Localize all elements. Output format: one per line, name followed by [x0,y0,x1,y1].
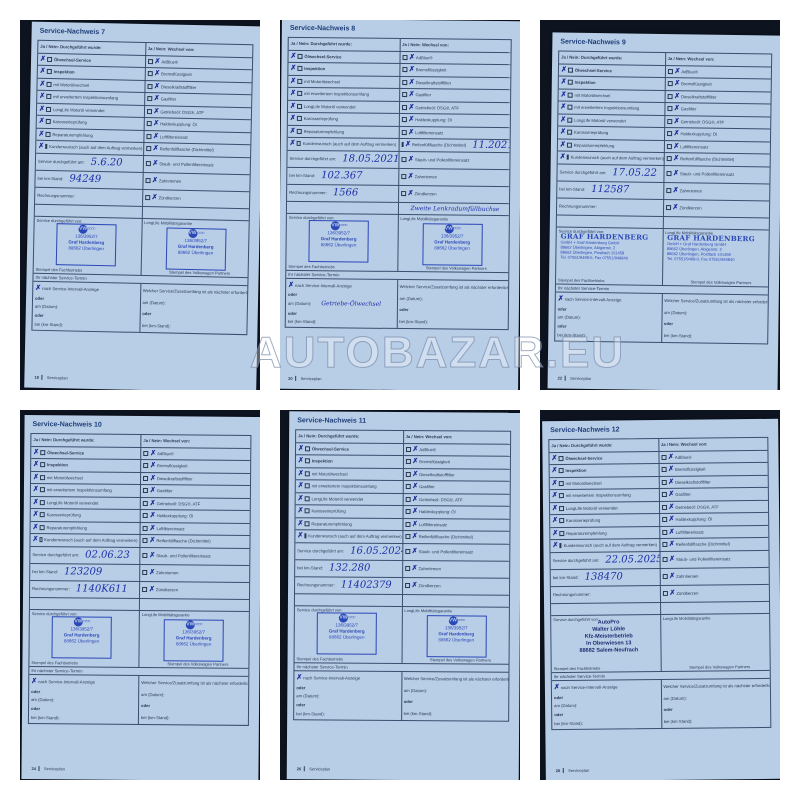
left-cell: ✗Reparaturempfehlung [31,522,141,534]
workshop-stamp-cell: Service durchgeführt von:AutoProWalter L… [551,615,661,672]
right-cell: ✗AdBlue® [665,65,771,78]
check-mark-icon: ✗ [412,496,418,503]
page-footer: 28Serviceplan [556,768,589,773]
left-cell: ✗Reparaturempfehlung [295,518,403,530]
date-label: am (Datum): [404,688,427,693]
check-mark-icon: ✗ [405,141,411,148]
or-label: oder [404,699,413,704]
change-item-label: Luftfiltereinsatz [156,526,184,531]
service-item-label: Reparaturempfehlung [566,530,607,535]
change-item-label: Getriebeöl: DSG®, ATF [419,497,463,502]
checkbox-icon [297,91,302,96]
change-item-label: Staub- und Pollenfiltereinsatz [680,171,735,177]
check-mark-icon: ✗ [149,537,155,544]
left-header: Ja / Nein: Durchgeführt wurde: [296,430,404,442]
left-cell: ✗mit erweitertem Inspektionsumfang [288,88,400,101]
stamp-line: Tel. 07551/9498-0, Fax 07551/949840 [667,256,755,262]
stamp-label: Stempel des Volkswagen Partners [430,657,491,662]
checkbox-icon [567,105,572,110]
left-cell: ✗mit Motorölwechsel [550,477,660,490]
checkbox-icon [405,459,410,464]
right-cell: ✗Staub- und Pollenfiltereinsatz [660,550,769,567]
change-item-label: AdBlue® [681,69,698,74]
right-cell: ✗Staub- und Pollenfiltereinsatz [664,165,770,182]
left-cell: ✗Kundenwunsch (auch auf dem Auftrag verm… [36,141,144,155]
left-header: Ja / Nein: Durchgeführt wurde: [559,52,666,65]
checkbox-icon [146,146,151,151]
service-item-label: Karosserieprüfung [47,512,81,517]
next-right: Welcher Service/Zusatzumfang ist als näc… [397,280,508,329]
page-footer: 18Serviceplan [34,375,67,381]
date-label: am (Datum): [288,301,311,306]
check-mark-icon: ✗ [669,529,675,536]
left-cell: bei km-Stand:94249 [35,170,143,188]
cell-label: LongLife Mobilitätsgarantie [404,608,507,614]
date-label: am (Datum): [31,698,54,703]
check-mark-icon: ✗ [668,466,674,473]
stamp-label: Stempel des Volkswagen Partners [689,664,750,670]
cell-label: LongLife Mobilitätsgarantie [142,612,247,618]
stamp-city: 88662 Überlingen [427,637,485,643]
left-cell [295,594,403,606]
checkbox-icon [305,484,310,489]
change-item-label: Dieselkraftstofffilter [157,476,192,481]
check-mark-icon: ✗ [33,461,39,468]
right-cell: ✗Staub- und Pollenfiltereinsatz [399,151,510,168]
change-item-label: Haldexkupplung: Öl [160,122,197,128]
check-mark-icon: ✗ [669,516,675,523]
date-label: am (Datum): [296,694,319,699]
left-cell: ✗LongLife Motoröl verwendet [31,497,141,509]
next-service-body: ✗nach Service-Intervall-Anzeigeoderam (D… [29,675,248,725]
checkbox-icon [667,106,672,111]
check-mark-icon: ✗ [290,128,296,135]
km-label: bei (km-Stand): [404,711,433,716]
check-mark-icon: ✗ [674,80,680,87]
checkbox-icon [146,109,151,114]
right-cell: ✗Dieselkraftstofffilter [659,475,768,488]
checkbox-icon [45,132,50,137]
change-item-label: Getriebeöl: DSG®, ATF [675,504,719,509]
handwritten-km: 138470 [585,571,623,582]
stamp-city: 88662 Überlingen [310,242,368,249]
check-mark-icon: ✗ [674,105,680,112]
checkbox-icon [405,549,410,554]
check-mark-icon: ✗ [298,495,304,502]
check-mark-icon: ✗ [33,524,39,531]
next-left: ✗nach Service-Intervall-Anzeigeoderam (D… [32,282,140,332]
left-cell: ✗mit Motorölwechsel [296,468,404,480]
stamp-city: 88662 Überlingen [423,245,481,252]
check-mark-icon: ✗ [668,479,674,486]
right-cell: ✗Bremsflüssigkeit [141,460,250,472]
check-mark-icon: ✗ [33,499,39,506]
left-cell: bei km-Stand:138470 [551,569,661,586]
right-cell: ✗Reifenfüllflasche (Dichtmittel) [140,535,249,547]
change-item-label: Luftfiltereinsatz [680,144,708,149]
stamp-label: Stempel des Fachbetriebs [36,267,83,273]
or-label: oder [664,321,673,326]
check-mark-icon: ✗ [298,445,304,452]
change-item-label: Zahnriemen [680,188,702,193]
vw-logo-icon: VW [444,224,453,233]
check-mark-icon: ✗ [409,91,415,98]
right-cell: ✗Getriebeöl: DSG®, ATF [399,101,510,114]
checkbox-icon [147,71,152,76]
check-mark-icon: ✗ [31,678,37,685]
left-cell: ✗Inspektion [550,464,660,477]
check-mark-icon: ✗ [409,54,415,61]
checkbox-icon [40,512,45,517]
service-page-photo: Service-Nachweis 10Ja / Nein: Durchgefüh… [20,410,260,780]
check-mark-icon: ✗ [673,170,679,177]
check-mark-icon: ✗ [412,565,418,572]
date-label: am (Datum): [141,692,164,697]
service-item-label: Ölwechsel-Service [575,67,612,73]
km-label: bei (km-Stand): [31,715,60,720]
interval-option: ✗nach Service-Intervall-Anzeige [558,295,622,303]
check-mark-icon: ✗ [298,508,304,515]
checkbox-icon [667,131,672,136]
stamp-label: Stempel des Volkswagen Partners [690,279,751,285]
right-header: Ja / Nein: Wechsel von: [404,431,511,443]
checkbox-icon [662,505,667,510]
service-item-label: Inspektion [575,80,596,85]
field-label: Service durchgeführt am: [38,159,85,165]
check-mark-icon: ✗ [40,68,46,75]
service-item-label: mit Motorölwechsel [47,475,83,480]
field-label: Service durchgeführt am: [289,156,336,161]
change-item-label: Getriebeöl: DSG®, ATF [157,501,201,506]
next-right: Welcher Service/Zusatzumfang ist als näc… [139,676,248,725]
check-mark-icon: ✗ [297,533,303,540]
service-item-label: Inspektion [54,69,75,74]
cell-label: LongLife Mobilitätsgarantie [144,220,247,227]
form-row: Service durchgeführt am:16.05.2024✗Staub… [295,543,509,561]
check-mark-icon: ✗ [668,504,674,511]
service-item-label: mit erweitertem Inspektionsumfang [47,487,112,493]
right-cell: ✗AdBlue® [400,51,511,64]
service-item-label: Inspektion [47,462,68,467]
audi-rings-icon: ○○○○ [348,615,355,621]
check-mark-icon: ✗ [560,116,566,123]
handwritten-extra: Zweite Lenkradumfüllbuchse [410,205,499,213]
checkbox-icon [568,80,573,85]
next-left: ✗nach Service-Intervall-Anzeigeoderam (D… [294,671,402,720]
right-cell: ✗Zahnriemen [399,168,510,185]
checkbox-icon [305,496,310,501]
change-item-label: Reifenfüllflasche (Dichtmittel) [412,142,466,148]
change-item-label: Reifenfüllflasche (Dichtmittel) [156,538,210,543]
service-item-label: Kundenwunsch (auch auf dem Auftrag verme… [308,534,401,540]
or-label: oder [31,706,40,711]
service-form: Ja / Nein: Durchgeführt wurde:Ja / Nein:… [293,429,511,722]
change-item-label: Luftfiltereinsatz [160,134,188,140]
interval-label: nach Service-Intervall-Anzeige [561,684,618,690]
or-label: oder [31,689,40,694]
checkbox-icon [304,509,309,514]
checkbox-icon [567,142,572,147]
check-mark-icon: ✗ [290,65,296,72]
service-item-label: Reparaturempfehlung [304,129,345,134]
stamp-city: 88662 Überlingen [53,638,111,645]
service-item-label: Kundenwunsch (auch auf dem Auftrag verme… [49,144,142,151]
checkbox-icon [401,157,406,162]
stamp-line: Tel. 07551/9498-0, Fax 07551/949840 [560,255,648,261]
checkbox-icon [559,506,564,511]
change-item-label: AdBlue® [419,447,436,452]
left-cell [557,215,664,228]
stamp-label: Stempel des Volkswagen Partners [169,270,230,276]
check-mark-icon: ✗ [290,90,296,97]
field-label: bei km-Stand: [297,565,323,570]
service-page: Service-Nachweis 11Ja / Nein: Durchgefüh… [287,411,520,780]
checkbox-icon [661,467,666,472]
checkbox-icon [405,566,410,571]
check-mark-icon: ✗ [408,173,414,180]
service-form: Ja / Nein: Durchgeführt wurde:Ja / Nein:… [28,433,252,726]
right-header: Ja / Nein: Wechsel von: [146,43,253,57]
check-mark-icon: ✗ [149,552,155,559]
right-cell: ✗Dieselkraftstofffilter [400,76,511,89]
check-mark-icon: ✗ [290,115,296,122]
right-cell: ✗Bremsflüssigkeit [400,64,511,77]
left-cell: ✗mit Motorölwechsel [31,472,141,484]
or-label: oder [35,313,44,318]
left-cell: ✗mit Motorölwechsel [37,78,145,92]
change-item-label: Getriebeöl: DSG®, ATF [681,119,725,125]
checkbox-icon [559,543,561,548]
footer-label: Serviceplan [42,375,68,381]
right-cell: ✗Getriebeöl: DSG®, ATF [141,497,250,509]
check-mark-icon: ✗ [560,129,566,136]
change-item-label: Zündkerzen [156,587,178,592]
form-row: Service durchgeführt am:02.06.23✗Staub- … [30,547,249,566]
check-mark-icon: ✗ [33,449,39,456]
checkbox-icon [143,526,148,531]
check-mark-icon: ✗ [412,508,418,515]
check-mark-icon: ✗ [412,582,418,589]
checkbox-icon [559,518,564,523]
right-cell: ✗Bremsflüssigkeit [145,68,252,82]
field-label: Rechnungsnummer: [37,193,75,199]
right-cell: ✗Bremsflüssigkeit [403,456,510,468]
page-footer: 24Serviceplan [31,766,64,771]
check-mark-icon: ✗ [150,525,156,532]
dealer-stamp: VW ○○○○136/3952/7Graf Hardenberg88662 Üb… [56,223,117,266]
vw-logo-icon: VW [186,620,195,629]
field-label: Service durchgeführt am: [297,548,344,553]
service-form: Ja / Nein: Durchgeführt wurde:Ja / Nein:… [554,50,772,344]
partner-stamp-cell: LongLife MobilitätsgarantieVW ○○○○136/39… [398,215,509,272]
service-item-label: Kundenwunsch (auch auf dem Auftrag verme… [564,542,657,548]
handwritten-date: 02.06.23 [85,550,130,561]
left-header: Ja / Nein: Durchgeführt wurde: [289,38,401,51]
handwritten-km: 132.280 [329,562,370,573]
km-label: bei (km-Stand): [288,319,317,324]
left-cell: Rechnungsnummer: [551,586,661,603]
service-page: Service-Nachweis 10Ja / Nein: Durchgefüh… [21,415,260,780]
check-mark-icon: ✗ [561,66,567,73]
stamp-logos: VW ○○○○ [318,613,376,622]
field-label: Rechnungsnummer: [553,592,591,597]
checkbox-icon [142,587,147,592]
handwritten-invoice: 1140K611 [76,583,128,594]
next-service-body: ✗nach Service-Intervall-Anzeigeoderam (D… [286,279,508,329]
field-label: Service durchgeführt am: [32,552,79,557]
check-mark-icon: ✗ [33,486,39,493]
checkbox-icon [146,121,151,126]
service-item-label: LongLife Motoröl verwendet [53,107,105,113]
footer-label: Serviceplan [563,768,589,773]
date-line: am (Datum): [31,698,54,703]
right-cell [402,594,509,606]
checkbox-icon [405,509,410,514]
checkbox-icon [297,54,302,59]
change-item-label: Staub- und Pollenfiltereinsatz [419,549,474,554]
form-row: Rechnungsnummer:1140K611✗Zündkerzen [30,581,249,600]
handwritten-date: 18.05.2021 [342,153,399,165]
scope-label: Welcher Service/Zusatzumfang ist als näc… [664,298,768,305]
checkbox-icon [297,79,302,84]
field-label: Rechnungsnummer: [32,586,70,591]
right-cell: ✗Haldexkupplung: Öl [660,513,769,526]
page-title: Service-Nachweis 10 [32,421,101,429]
date-line: am (Datum): [296,694,319,699]
field-label: bei km-Stand: [289,173,315,178]
check-mark-icon: ✗ [39,118,45,125]
checkbox-icon [402,92,407,97]
graf-hardenberg-stamp: GRAF HARDENBERGGmbH + Graf Hardenberg Gm… [667,235,755,262]
change-item-label: Staub- und Pollenfiltereinsatz [676,556,731,562]
check-mark-icon: ✗ [669,590,675,597]
right-cell: ✗Haldexkupplung: Öl [144,118,251,132]
service-item-label: mit erweitertem Inspektionsumfang [312,484,377,489]
checkbox-icon [40,500,45,505]
left-cell: ✗Kundenwunsch (auch auf dem Auftrag verm… [550,539,660,552]
service-item-label: mit Motorölwechsel [574,92,610,97]
change-item-label: Zahnriemen [159,178,181,183]
or-label: oder [142,311,151,316]
interval-label: nach Service-Intervall-Anzeige [38,679,95,684]
left-cell: ✗LongLife Motoröl verwendet [296,493,404,505]
checkbox-icon [40,450,45,455]
field-label: bei km-Stand: [32,569,58,574]
footer-label: Serviceplan [39,766,65,771]
checkbox-icon [297,66,302,71]
date-label: am (Datum): [554,703,577,708]
or-label: oder [35,295,44,300]
date-line: am (Datum):Getriebe-Ölwechsel [288,300,381,308]
check-mark-icon: ✗ [409,66,415,73]
checkbox-icon [667,119,672,124]
vw-logo-icon: VW [331,221,340,230]
service-item-label: mit Motorölwechsel [566,480,602,485]
or-label: oder [554,695,563,700]
checkbox-icon [558,468,563,473]
date-label: am (Datum): [35,304,58,309]
stamp-row: Service durchgeführt von:VW ○○○○136/3952… [295,606,509,664]
date-line: am (Datum): [35,304,58,309]
checkbox-icon [661,492,666,497]
change-item-label: Zahnriemen [415,174,437,179]
check-mark-icon: ✗ [412,458,418,465]
left-cell: Rechnungsnummer:11402379 [295,577,403,594]
check-mark-icon: ✗ [561,79,567,86]
check-mark-icon: ✗ [33,474,39,481]
checkbox-icon [559,481,564,486]
left-cell: ✗mit erweitertem Inspektionsumfang [31,484,141,496]
checkbox-icon [297,104,302,109]
right-cell: ✗Gasfilter [141,485,250,497]
change-item-label: Getriebeöl: DSG®, ATF [415,105,459,110]
left-cell: ✗mit erweitertem Inspektionsumfang [558,102,665,115]
change-item-label: Gasfilter [161,97,177,102]
check-mark-icon: ✗ [298,470,304,477]
checkbox-icon [667,94,672,99]
left-cell: Service durchgeführt am:17.05.22 [557,164,664,181]
scope-label: Welcher Service/Zusatzumfang ist als näc… [143,288,248,295]
stamp-label: Stempel des Fachbetriebs [554,666,601,671]
left-cell: ✗LongLife Motoröl verwendet [558,114,665,127]
checkbox-icon [401,142,403,147]
left-cell: ✗Kundenwunsch (auch auf dem Auftrag verm… [295,530,403,542]
checkbox-icon [405,484,410,489]
checkbox-icon [142,538,147,543]
change-item-label: Gasfilter [157,488,173,493]
right-cell: ✗Staub- und Pollenfiltereinsatz [403,543,510,560]
check-mark-icon: ✗ [409,79,415,86]
left-cell: Service durchgeführt am:5.6.20 [36,153,144,171]
change-item-label: Staub- und Pollenfiltereinsatz [156,553,211,558]
field-label: Rechnungsnummer: [559,204,597,210]
change-item-label: Staub- und Pollenfiltereinsatz [159,161,214,167]
checkbox-icon [568,67,573,72]
checkbox-icon [667,69,672,74]
or-label: oder [288,292,297,297]
checkbox-icon [559,493,564,498]
right-cell: ✗AdBlue® [403,443,510,455]
service-item-label: LongLife Motoröl verwendet [304,104,356,110]
left-cell: ✗LongLife Motoröl verwendet [288,100,400,113]
service-item-label: Reparaturempfehlung [52,132,93,138]
right-cell: ✗Haldexkupplung: Öl [403,506,510,518]
checkbox-icon [662,517,667,522]
checkbox-icon [143,451,148,456]
left-cell: bei km-Stand:102.367 [287,167,399,184]
right-cell [663,216,769,229]
service-item-label: Karosserieprüfung [574,130,608,135]
check-mark-icon: ✗ [153,108,159,115]
left-cell: ✗Kundenwunsch (auch auf dem Auftrag verm… [558,151,665,164]
interval-option: ✗nach Service-Intervall-Anzeige [31,678,95,686]
checkbox-icon [40,475,45,480]
left-cell: ✗LongLife Motoröl verwendet [550,502,660,515]
check-mark-icon: ✗ [552,505,558,512]
dealer-stamp: VW ○○○○136/3952/7Graf Hardenberg88662 Üb… [426,615,486,657]
service-item-label: LongLife Motoröl verwendet [47,500,99,505]
next-service-body: ✗nach Service-Intervall-Anzeigeoderam (D… [32,282,247,334]
next-right: Welcher Service/Zusatzumfang ist als näc… [402,672,509,721]
right-cell: ✗Bremsflüssigkeit [665,78,771,91]
right-cell: ✗Getriebeöl: DSG®, ATF [659,500,768,513]
checkbox-icon [401,191,406,196]
audi-rings-icon: ○○○○ [340,222,347,228]
change-item-label: Reifenfüllflasche (Dichtmittel) [419,534,473,539]
scope-label: Welcher Service/Zusatzumfang ist als näc… [400,284,509,290]
page-title: Service-Nachweis 11 [297,417,366,424]
check-mark-icon: ✗ [290,103,296,110]
